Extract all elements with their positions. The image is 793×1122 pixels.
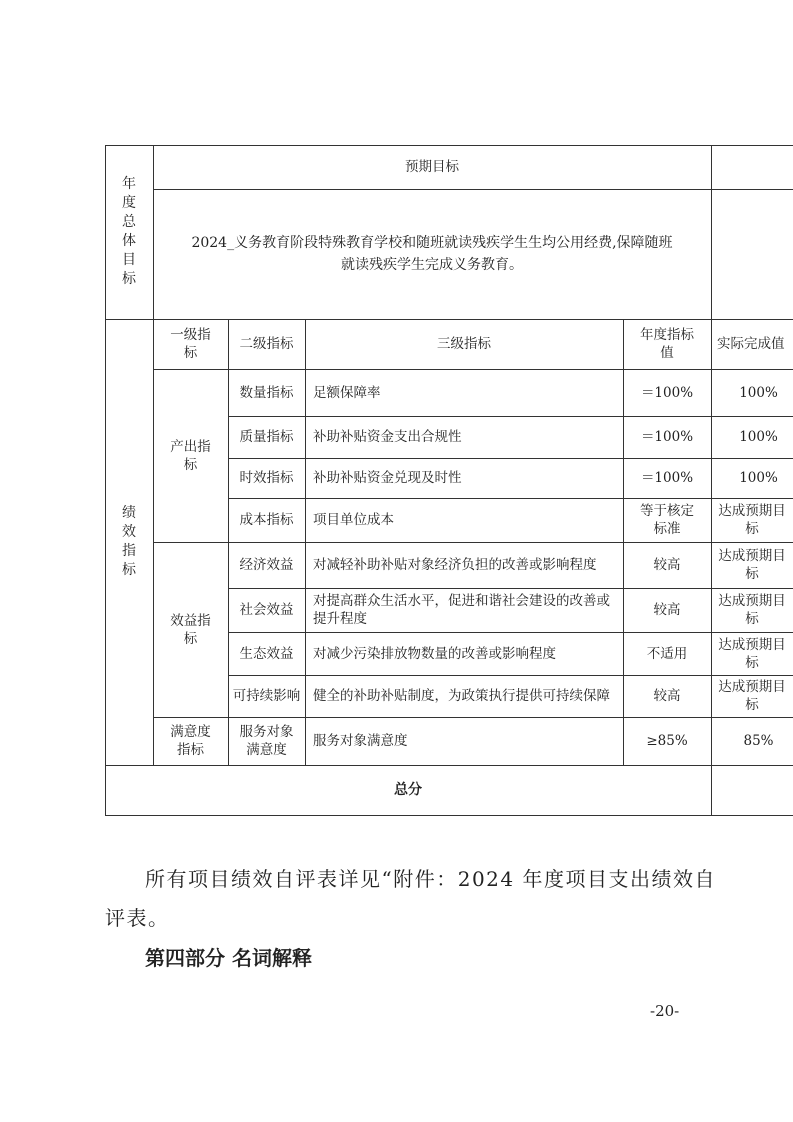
row-level2: 社会效益 — [228, 588, 305, 632]
total-label: 总分 — [105, 765, 711, 815]
row-annual: ＝100% — [623, 416, 711, 458]
row-level3: 对减少污染排放物数量的改善或影响程度 — [305, 632, 623, 675]
page-number: -20- — [650, 1002, 679, 1020]
group-benefit: 效益指标 — [153, 542, 228, 717]
label-char: 年 — [122, 175, 136, 194]
row-level3: 健全的补助补贴制度，为政策执行提供可持续保障 — [305, 675, 623, 717]
row-level3: 足额保障率 — [305, 369, 623, 416]
label-char: 标 — [122, 561, 136, 580]
group-output: 产出指标 — [153, 369, 228, 542]
row-level2: 经济效益 — [228, 542, 305, 588]
goal-line: 2024_义务教育阶段特殊教育学校和随班就读残疾学生生均公用经费,保障随班 — [191, 232, 672, 254]
row-annual: ＝100% — [623, 458, 711, 498]
label-char: 效 — [122, 523, 136, 542]
row-actual: 达成预期目标 — [711, 632, 793, 675]
row-annual: 较高 — [623, 542, 711, 588]
row-level3: 对提高群众生活水平，促进和谐社会建设的改善或提升程度 — [305, 588, 623, 632]
label-char: 指 — [122, 542, 136, 561]
row-level3: 项目单位成本 — [305, 498, 623, 542]
label-char: 体 — [122, 232, 136, 251]
performance-label: 绩 效 指 标 — [105, 319, 153, 765]
row-actual: 达成预期目标 — [711, 542, 793, 588]
section-heading: 第四部分 名词解释 — [145, 942, 312, 971]
label-char: 总 — [122, 213, 136, 232]
row-level2: 时效指标 — [228, 458, 305, 498]
row-actual: 达成预期目标 — [711, 675, 793, 717]
table-border — [105, 815, 793, 816]
group-satisfaction: 满意度指标 — [153, 717, 228, 765]
row-actual: 85% — [711, 717, 793, 765]
paragraph-line: 所有项目绩效自评表详见“附件：2024 年度项目支出绩效自 — [145, 863, 716, 892]
row-level2: 可持续影响 — [228, 675, 305, 717]
row-annual: 较高 — [623, 588, 711, 632]
label-char: 度 — [122, 194, 136, 213]
label-char: 绩 — [122, 504, 136, 523]
row-annual: ≥85% — [623, 717, 711, 765]
row-annual: 等于核定标准 — [623, 498, 711, 542]
header-level1: 一级指标 — [153, 319, 228, 369]
annual-goal-label: 年 度 总 体 目 标 — [105, 145, 153, 319]
expected-goal-header: 预期目标 — [153, 145, 711, 189]
goal-line: 就读残疾学生完成义务教育。 — [341, 254, 523, 276]
row-level3: 补助补贴资金支出合规性 — [305, 416, 623, 458]
row-level3: 补助补贴资金兑现及时性 — [305, 458, 623, 498]
header-annual-value: 年度指标值 — [623, 319, 711, 369]
row-level3: 对减轻补助补贴对象经济负担的改善或影响程度 — [305, 542, 623, 588]
row-level2: 成本指标 — [228, 498, 305, 542]
row-actual: 达成预期目标 — [711, 498, 793, 542]
paragraph-line: 评表。 — [105, 902, 170, 931]
label-char: 标 — [122, 270, 136, 289]
row-level3: 服务对象满意度 — [305, 717, 623, 765]
header-level2: 二级指标 — [228, 319, 305, 369]
expected-goal-text: 2024_义务教育阶段特殊教育学校和随班就读残疾学生生均公用经费,保障随班 就读… — [153, 189, 711, 319]
row-level2: 数量指标 — [228, 369, 305, 416]
row-level2: 质量指标 — [228, 416, 305, 458]
row-annual: 不适用 — [623, 632, 711, 675]
row-actual: 达成预期目标 — [711, 588, 793, 632]
row-actual: 100% — [711, 458, 793, 498]
row-actual: 100% — [711, 416, 793, 458]
row-level2: 生态效益 — [228, 632, 305, 675]
row-annual: ＝100% — [623, 369, 711, 416]
header-level3: 三级指标 — [305, 319, 623, 369]
row-actual: 100% — [711, 369, 793, 416]
row-annual: 较高 — [623, 675, 711, 717]
label-char: 目 — [122, 251, 136, 270]
row-level2: 服务对象满意度 — [228, 717, 305, 765]
header-actual-value: 实际完成值 — [711, 319, 793, 369]
